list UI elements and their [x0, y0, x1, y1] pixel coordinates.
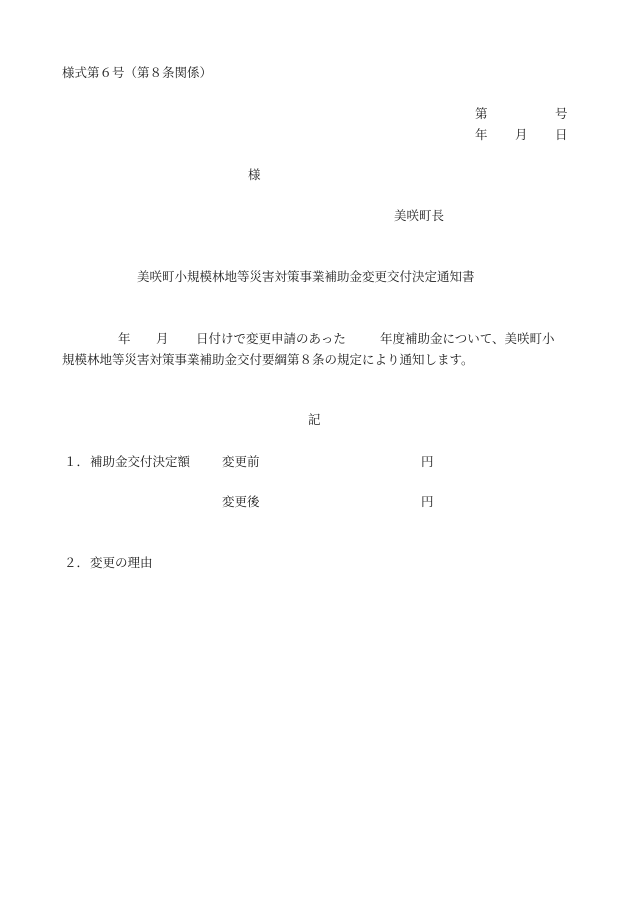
date-year: 年: [475, 129, 488, 142]
body-text-3: 規模林地等災害対策事業補助金交付要綱第８条の規定により通知します。: [62, 354, 474, 367]
item-2-label: 変更の理由: [90, 557, 153, 570]
body-year: 年: [118, 333, 131, 346]
issuer: 美咲町長: [394, 210, 444, 223]
item-1-label: 補助金交付決定額: [90, 456, 190, 469]
body-month: 月: [156, 333, 169, 346]
number-suffix: 号: [555, 108, 568, 121]
ki-heading: 記: [308, 414, 321, 427]
item-1-after-unit: 円: [421, 496, 434, 509]
number-prefix: 第: [475, 108, 488, 121]
body-text-2: 年度補助金について、美咲町小: [380, 333, 555, 346]
item-1-after-label: 変更後: [222, 496, 260, 509]
form-label: 様式第６号（第８条関係）: [62, 67, 212, 80]
body-text-1: 日付けで変更申請のあった: [196, 333, 346, 346]
date-month: 月: [515, 129, 528, 142]
item-1-number: １．: [64, 456, 89, 469]
addressee-suffix: 様: [248, 169, 261, 182]
document-title: 美咲町小規模林地等災害対策事業補助金変更交付決定通知書: [137, 271, 475, 284]
date-day: 日: [555, 129, 568, 142]
item-2-number: ２．: [64, 557, 89, 570]
item-1-before-unit: 円: [421, 456, 434, 469]
item-1-before-label: 変更前: [222, 456, 260, 469]
